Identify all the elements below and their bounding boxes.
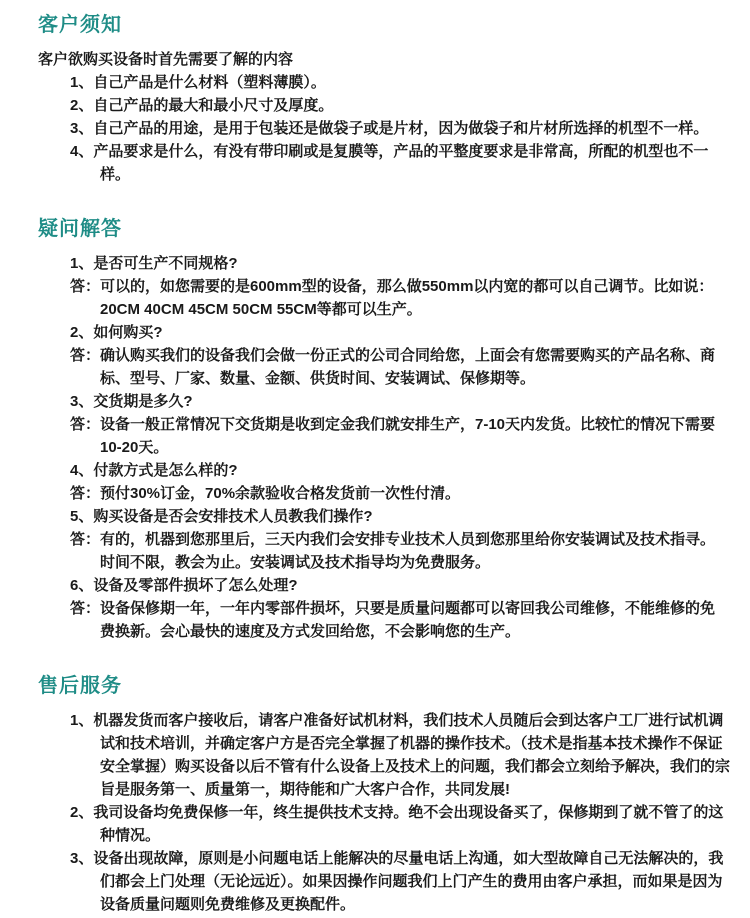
section-body-customer-notice: 客户欲购买设备时首先需要了解的内容1、自己产品是什么材料（塑料薄膜）。2、自己产… (38, 48, 714, 186)
text-line: 答：预付30%订金，70%余款验收合格发货前一次性付清。 (70, 482, 714, 505)
text-line: 种情况。 (100, 824, 714, 847)
text-line: 答：可以的，如您需要的是600mm型的设备，那么做550mm以内宽的都可以自己调… (70, 275, 714, 298)
text-line: 3、交货期是多久? (70, 390, 714, 413)
text-line: 答：设备保修期一年，一年内零部件损坏，只要是质量问题都可以寄回我公司维修，不能维… (70, 597, 714, 620)
text-line: 20CM 40CM 45CM 50CM 55CM等都可以生产。 (100, 298, 714, 321)
text-line: 客户欲购买设备时首先需要了解的内容 (38, 48, 714, 71)
text-line: 样。 (100, 163, 714, 186)
text-line: 4、付款方式是怎么样的? (70, 459, 714, 482)
section-title-after-sales: 售后服务 (38, 673, 714, 699)
text-line: 2、我司设备均免费保修一年，终生提供技术支持。绝不会出现设备买了，保修期到了就不… (70, 801, 714, 824)
text-line: 答：设备一般正常情况下交货期是收到定金我们就安排生产，7-10天内发货。比较忙的… (70, 413, 714, 436)
text-line: 10-20天。 (100, 436, 714, 459)
text-line: 答：有的，机器到您那里后，三天内我们会安排专业技术人员到您那里给你安装调试及技术… (70, 528, 714, 551)
text-line: 3、自己产品的用途，是用于包装还是做袋子或是片材，因为做袋子和片材所选择的机型不… (70, 117, 714, 140)
section-customer-notice: 客户须知 客户欲购买设备时首先需要了解的内容1、自己产品是什么材料（塑料薄膜）。… (38, 12, 714, 186)
text-line: 4、产品要求是什么，有没有带印刷或是复膜等，产品的平整度要求是非常高，所配的机型… (70, 140, 714, 163)
section-body-after-sales: 1、机器发货而客户接收后，请客户准备好试机材料，我们技术人员随后会到达客户工厂进… (38, 709, 714, 916)
text-line: 1、自己产品是什么材料（塑料薄膜）。 (70, 71, 714, 94)
section-body-qa: 1、是否可生产不同规格?答：可以的，如您需要的是600mm型的设备，那么做550… (38, 252, 714, 643)
text-line: 费换新。会心最快的速度及方式发回给您，不会影响您的生产。 (100, 620, 714, 643)
text-line: 旨是服务第一、质量第一，期待能和广大客户合作，共同发展! (100, 778, 714, 801)
text-line: 5、购买设备是否会安排技术人员教我们操作? (70, 505, 714, 528)
section-after-sales: 售后服务 1、机器发货而客户接收后，请客户准备好试机材料，我们技术人员随后会到达… (38, 673, 714, 916)
text-line: 标、型号、厂家、数量、金额、供货时间、安装调试、保修期等。 (100, 367, 714, 390)
text-line: 2、自己产品的最大和最小尺寸及厚度。 (70, 94, 714, 117)
section-qa: 疑问解答 1、是否可生产不同规格?答：可以的，如您需要的是600mm型的设备，那… (38, 216, 714, 643)
document-page: 客户须知 客户欲购买设备时首先需要了解的内容1、自己产品是什么材料（塑料薄膜）。… (0, 0, 750, 918)
text-line: 3、设备出现故障，原则是小问题电话上能解决的尽量电话上沟通，如大型故障自己无法解… (70, 847, 714, 870)
section-title-qa: 疑问解答 (38, 216, 714, 242)
text-line: 安全掌握）购买设备以后不管有什么设备上及技术上的问题，我们都会立刻给予解决，我们… (100, 755, 714, 778)
text-line: 时间不限，教会为止。安装调试及技术指导均为免费服务。 (100, 551, 714, 574)
text-line: 答：确认购买我们的设备我们会做一份正式的公司合同给您，上面会有您需要购买的产品名… (70, 344, 714, 367)
text-line: 试和技术培训，并确定客户方是否完全掌握了机器的操作技术。（技术是指基本技术操作不… (100, 732, 714, 755)
section-title-customer-notice: 客户须知 (38, 12, 714, 38)
text-line: 1、是否可生产不同规格? (70, 252, 714, 275)
text-line: 6、设备及零部件损坏了怎么处理? (70, 574, 714, 597)
text-line: 2、如何购买? (70, 321, 714, 344)
text-line: 设备质量问题则免费维修及更换配件。 (100, 893, 714, 916)
text-line: 1、机器发货而客户接收后，请客户准备好试机材料，我们技术人员随后会到达客户工厂进… (70, 709, 714, 732)
text-line: 们都会上门处理（无论远近）。如果因操作问题我们上门产生的费用由客户承担，而如果是… (100, 870, 714, 893)
